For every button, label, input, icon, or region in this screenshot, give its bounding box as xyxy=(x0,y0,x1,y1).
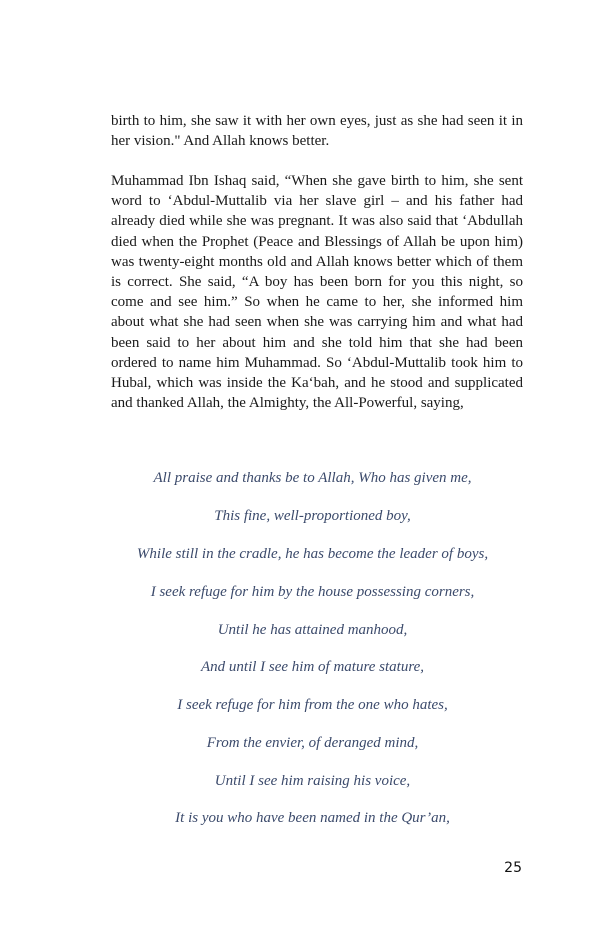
verse-line: It is you who have been named in the Qur… xyxy=(80,808,545,828)
paragraph-ibn-ishaq: Muhammad Ibn Ishaq said, “When she gave … xyxy=(111,171,523,413)
verse-line: And until I see him of mature stature, xyxy=(80,657,545,677)
paragraph-continuation: birth to him, she saw it with her own ey… xyxy=(111,111,523,151)
verse-line: I seek refuge for him by the house posse… xyxy=(80,582,545,602)
book-page: birth to him, she saw it with her own ey… xyxy=(0,0,605,935)
verse-line: While still in the cradle, he has become… xyxy=(80,544,545,564)
verse-line: Until he has attained manhood, xyxy=(80,620,545,640)
page-number: 25 xyxy=(490,860,522,876)
verse-line: This fine, well-proportioned boy, xyxy=(80,506,545,526)
verse-line: From the envier, of deranged mind, xyxy=(80,733,545,753)
verse-line: I seek refuge for him from the one who h… xyxy=(80,695,545,715)
verse-line: All praise and thanks be to Allah, Who h… xyxy=(80,468,545,488)
verse-line: Until I see him raising his voice, xyxy=(80,771,545,791)
